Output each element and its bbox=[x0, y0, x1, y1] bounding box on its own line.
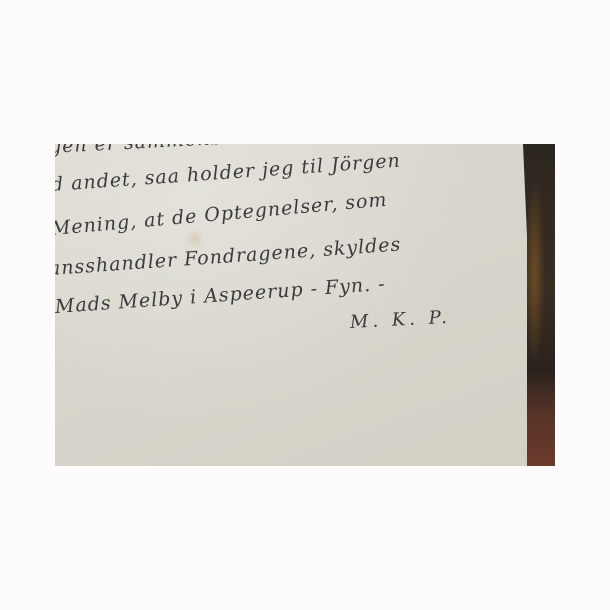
handwritten-line-4: ansshandler Fondragene, skyldes bbox=[55, 233, 402, 280]
handwritten-line-5: Mads Melby i Aspeerup - Fyn. - bbox=[55, 273, 386, 318]
handwritten-line-1: gen er sammenblandede bbox=[55, 144, 307, 158]
handwritten-line-2: d andet, saa holder jeg til Jörgen bbox=[55, 150, 401, 196]
letter-photo: gen er sammenblandede d andet, saa holde… bbox=[55, 144, 555, 466]
paper-sheet: gen er sammenblandede d andet, saa holde… bbox=[55, 144, 527, 466]
handwritten-line-3: Mening, at de Optegnelser, som bbox=[55, 189, 388, 240]
signature-initials: M. K. P. bbox=[349, 307, 451, 333]
